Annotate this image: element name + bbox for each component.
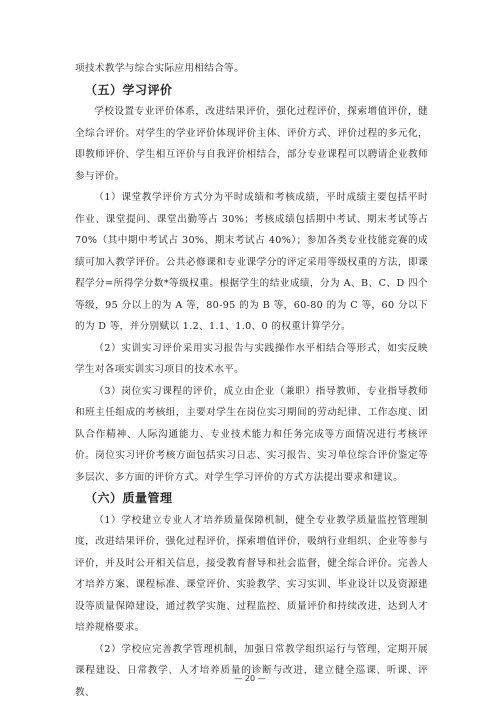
paragraph-practical-evaluation: （2）实训实习评价采用实习报告与实践操作水平相结合等形式，如实反映学生对各项实训… — [75, 338, 428, 381]
section-heading-learning-evaluation: （五）学习评价 — [75, 80, 428, 102]
paragraph-classroom-evaluation: （1）课堂教学评价方式分为平时成绩和考核成绩，平时成绩主要包括平时作业、课堂提问… — [75, 187, 428, 338]
paragraph-internship-evaluation: （3）岗位实习课程的评价，成立由企业（兼职）指导教师、专业指导教师和班主任组成的… — [75, 381, 428, 489]
section-heading-quality-management: （六）质量管理 — [75, 488, 428, 510]
paragraph-quality-assurance: （1）学校建立专业人才培养质量保障机制，健全专业教学质量监控管理制度，改进结果评… — [75, 510, 428, 639]
paragraph-evaluation-intro: 学校设置专业评价体系，改进结果评价，强化过程评价，探索增值评价，健全综合评价。对… — [75, 101, 428, 187]
paragraph-teaching-management: （2）学校应完善教学管理机制，加强日常教学组织运行与管理，定期开展课程建设、日常… — [75, 639, 428, 704]
page-number: — 20 — — [0, 674, 500, 683]
document-page: 项技术教学与综合实际应用相结合等。 （五）学习评价 学校设置专业评价体系，改进结… — [75, 58, 428, 703]
continuation-paragraph: 项技术教学与综合实际应用相结合等。 — [75, 58, 428, 80]
